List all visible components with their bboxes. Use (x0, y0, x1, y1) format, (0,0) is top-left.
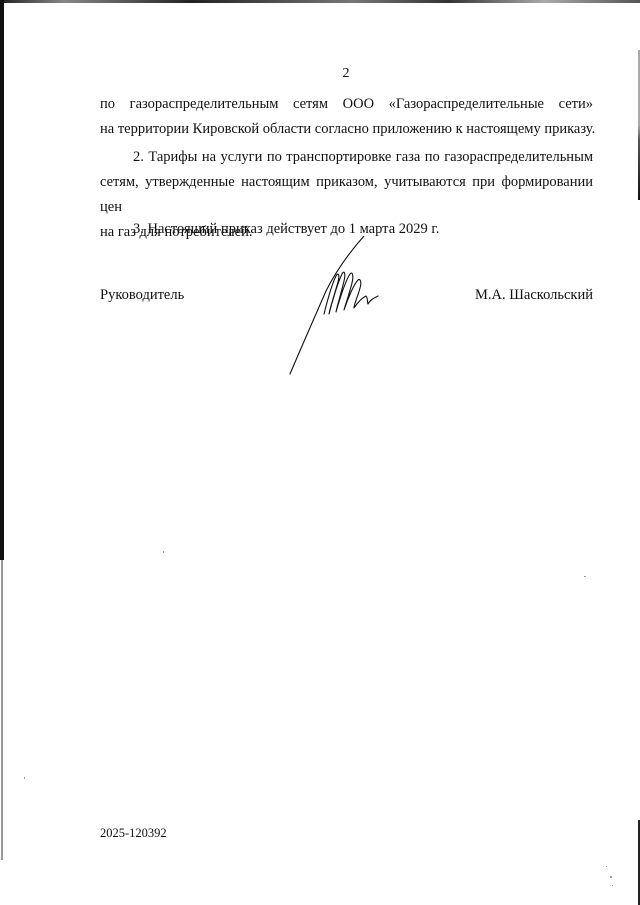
scan-speck (584, 576, 586, 577)
scan-speck (606, 866, 607, 867)
scan-speck (610, 876, 612, 878)
paragraph-2-line-1: 2. Тарифы на услуги по транспортировке г… (100, 145, 593, 170)
signer-name: М.А. Шаскольский (475, 287, 593, 304)
scan-speck (24, 777, 25, 779)
scan-speck (612, 885, 613, 886)
paragraph-2-line-2: сетям, утвержденные настоящим приказом, … (100, 170, 593, 220)
scan-speck (163, 551, 164, 553)
paragraph-1-line-2: на территории Кировской области согласно… (100, 117, 593, 142)
scan-edge-top (0, 0, 640, 3)
paragraph-1: по газораспределительным сетям ООО «Газо… (100, 92, 593, 142)
scan-edge-left-faint (1, 560, 3, 860)
scan-edge-left (0, 0, 4, 560)
signer-title: Руководитель (100, 287, 184, 304)
page-number: 2 (0, 66, 640, 82)
paragraph-1-line-1: по газораспределительным сетям ООО «Газо… (100, 92, 593, 117)
document-code: 2025-120392 (100, 826, 167, 841)
signature-icon (284, 236, 394, 381)
